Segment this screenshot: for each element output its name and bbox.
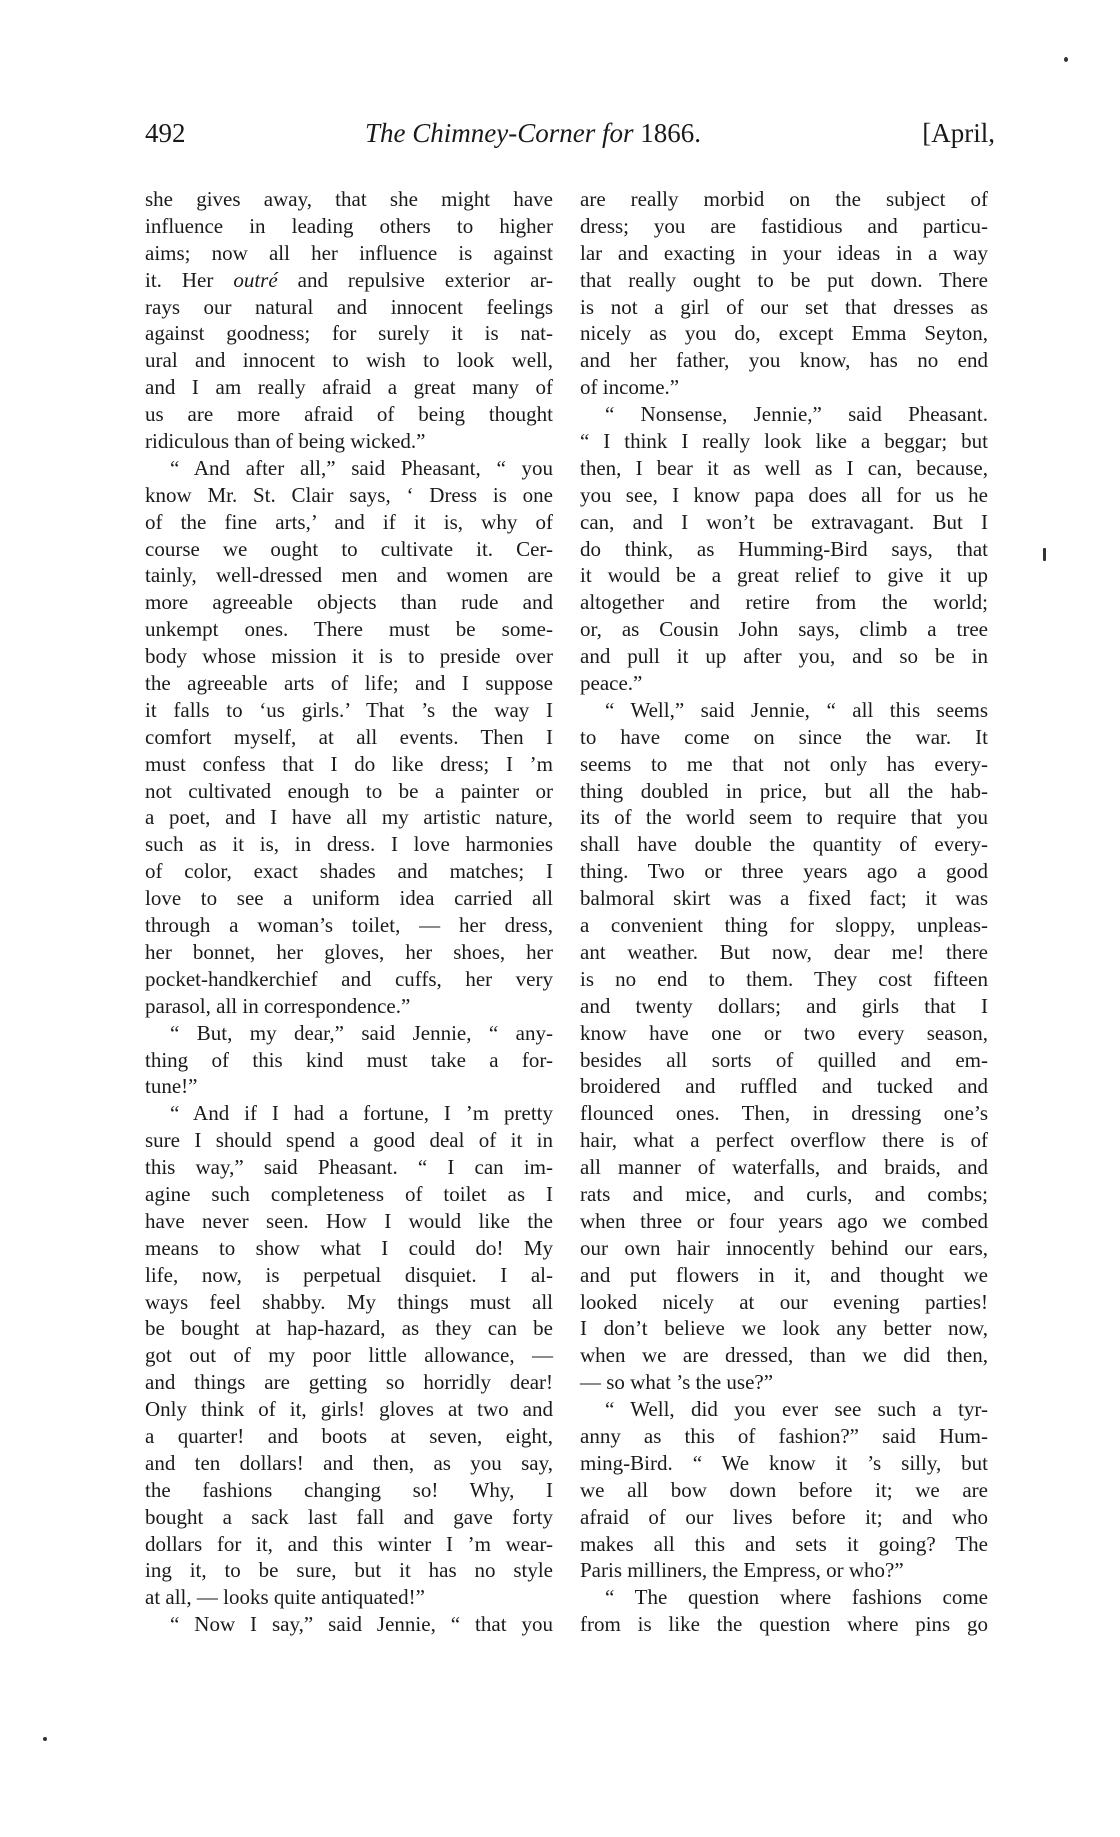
text-line: “ Well,” said Jennie, “ all this seems bbox=[580, 697, 988, 724]
text-line: thing of this kind must take a for- bbox=[145, 1047, 553, 1074]
text-line: “ Well, did you ever see such a tyr- bbox=[580, 1396, 988, 1423]
text-line: and I am really afraid a great many of bbox=[145, 374, 553, 401]
text-line: comfort myself, at all events. Then I bbox=[145, 724, 553, 751]
text-line: and twenty dollars; and girls that I bbox=[580, 993, 988, 1020]
text-line: ming-Bird. “ We know it ’s silly, but bbox=[580, 1450, 988, 1477]
text-line: “ And if I had a fortune, I ’m pretty bbox=[145, 1100, 553, 1127]
text-line: and put flowers in it, and thought we bbox=[580, 1262, 988, 1289]
text-line: can, and I won’t be extravagant. But I bbox=[580, 509, 988, 536]
text-line: life, now, is perpetual disquiet. I al- bbox=[145, 1262, 553, 1289]
text-line: looked nicely at our evening parties! bbox=[580, 1289, 988, 1316]
text-line: besides all sorts of quilled and em- bbox=[580, 1047, 988, 1074]
text-line: is no end to them. They cost fifteen bbox=[580, 966, 988, 993]
text-line: the agreeable arts of life; and I suppos… bbox=[145, 670, 553, 697]
text-line: a convenient thing for sloppy, unpleas- bbox=[580, 912, 988, 939]
text-line: pocket-handkerchief and cuffs, her very bbox=[145, 966, 553, 993]
right-column: are really morbid on the subject ofdress… bbox=[580, 186, 988, 1638]
text-line: its of the world seem to require that yo… bbox=[580, 804, 988, 831]
text-line: her bonnet, her gloves, her shoes, her bbox=[145, 939, 553, 966]
text-line: Only think of it, girls! gloves at two a… bbox=[145, 1396, 553, 1423]
text-line: tune!” bbox=[145, 1073, 553, 1100]
text-line: nicely as you do, except Emma Seyton, bbox=[580, 320, 988, 347]
text-line: lar and exacting in your ideas in a way bbox=[580, 240, 988, 267]
text-line: “ Nonsense, Jennie,” said Pheasant. bbox=[580, 401, 988, 428]
text-line: ridiculous than of being wicked.” bbox=[145, 428, 553, 455]
text-line: shall have double the quantity of every- bbox=[580, 831, 988, 858]
text-line: then, I bear it as well as I can, becaus… bbox=[580, 455, 988, 482]
text-line: makes all this and sets it going? The bbox=[580, 1531, 988, 1558]
text-line: thing doubled in price, but all the hab- bbox=[580, 778, 988, 805]
text-line: of the fine arts,’ and if it is, why of bbox=[145, 509, 553, 536]
text-line: our own hair innocently behind our ears, bbox=[580, 1235, 988, 1262]
text-line: rays our natural and innocent feelings bbox=[145, 294, 553, 321]
scan-speck bbox=[43, 1737, 47, 1741]
text-line: unkempt ones. There must be some- bbox=[145, 616, 553, 643]
running-title: The Chimney-Corner for 1866. bbox=[365, 118, 701, 149]
text-line: be bought at hap-hazard, as they can be bbox=[145, 1315, 553, 1342]
text-line: “ But, my dear,” said Jennie, “ any- bbox=[145, 1020, 553, 1047]
text-line: of income.” bbox=[580, 374, 988, 401]
text-line: and her father, you know, has no end bbox=[580, 347, 988, 374]
running-title-italic: The Chimney-Corner for bbox=[365, 118, 633, 148]
text-line: thing. Two or three years ago a good bbox=[580, 858, 988, 885]
text-line: seems to me that not only has every- bbox=[580, 751, 988, 778]
text-line: I don’t believe we look any better now, bbox=[580, 1315, 988, 1342]
text-line: dress; you are fastidious and particu- bbox=[580, 213, 988, 240]
text-line: Paris milliners, the Empress, or who?” bbox=[580, 1557, 988, 1584]
text-line: bought a sack last fall and gave forty bbox=[145, 1504, 553, 1531]
text-line: know have one or two every season, bbox=[580, 1020, 988, 1047]
text-line: of color, exact shades and matches; I bbox=[145, 858, 553, 885]
text-line: broidered and ruffled and tucked and bbox=[580, 1073, 988, 1100]
text-line: afraid of our lives before it; and who bbox=[580, 1504, 988, 1531]
text-line: when three or four years ago we combed bbox=[580, 1208, 988, 1235]
text-line: have never seen. How I would like the bbox=[145, 1208, 553, 1235]
text-line: — so what ’s the use?” bbox=[580, 1369, 988, 1396]
text-line: that really ought to be put down. There bbox=[580, 267, 988, 294]
text-line: altogether and retire from the world; bbox=[580, 589, 988, 616]
issue-month: [April, bbox=[922, 118, 995, 149]
text-line: a quarter! and boots at seven, eight, bbox=[145, 1423, 553, 1450]
text-line: to have come on since the war. It bbox=[580, 724, 988, 751]
text-line: sure I should spend a good deal of it in bbox=[145, 1127, 553, 1154]
text-line: against goodness; for surely it is nat- bbox=[145, 320, 553, 347]
text-line: influence in leading others to higher bbox=[145, 213, 553, 240]
text-line: dollars for it, and this winter I ’m wea… bbox=[145, 1531, 553, 1558]
text-line: this way,” said Pheasant. “ I can im- bbox=[145, 1154, 553, 1181]
text-line: means to show what I could do! My bbox=[145, 1235, 553, 1262]
text-line: not cultivated enough to be a painter or bbox=[145, 778, 553, 805]
text-line: anny as this of fashion?” said Hum- bbox=[580, 1423, 988, 1450]
italic-word: outré bbox=[233, 268, 277, 292]
text-line: balmoral skirt was a fixed fact; it was bbox=[580, 885, 988, 912]
text-line: ant weather. But now, dear me! there bbox=[580, 939, 988, 966]
text-line: when we are dressed, than we did then, bbox=[580, 1342, 988, 1369]
text-line: love to see a uniform idea carried all bbox=[145, 885, 553, 912]
text-line: “ Now I say,” said Jennie, “ that you bbox=[145, 1611, 553, 1638]
text-line: must confess that I do like dress; I ’m bbox=[145, 751, 553, 778]
page-number: 492 bbox=[145, 118, 186, 149]
running-header: 492 The Chimney-Corner for 1866. [April, bbox=[145, 118, 995, 158]
scan-speck bbox=[1064, 57, 1068, 62]
text-line: know Mr. St. Clair says, ‘ Dress is one bbox=[145, 482, 553, 509]
text-line: are really morbid on the subject of bbox=[580, 186, 988, 213]
text-line: got out of my poor little allowance, — bbox=[145, 1342, 553, 1369]
left-column: she gives away, that she might haveinflu… bbox=[145, 186, 553, 1638]
text-line: the fashions changing so! Why, I bbox=[145, 1477, 553, 1504]
text-line: she gives away, that she might have bbox=[145, 186, 553, 213]
text-line: body whose mission it is to preside over bbox=[145, 643, 553, 670]
text-line: hair, what a perfect overflow there is o… bbox=[580, 1127, 988, 1154]
text-line: through a woman’s toilet, — her dress, bbox=[145, 912, 553, 939]
text-line: ways feel shabby. My things must all bbox=[145, 1289, 553, 1316]
text-line: it falls to ‘us girls.’ That ’s the way … bbox=[145, 697, 553, 724]
text-line: “ I think I really look like a beggar; b… bbox=[580, 428, 988, 455]
text-line: we all bow down before it; we are bbox=[580, 1477, 988, 1504]
text-line: parasol, all in correspondence.” bbox=[145, 993, 553, 1020]
text-line: “ And after all,” said Pheasant, “ you bbox=[145, 455, 553, 482]
text-line: rats and mice, and curls, and combs; bbox=[580, 1181, 988, 1208]
text-line: or, as Cousin John says, climb a tree bbox=[580, 616, 988, 643]
text-line: course we ought to cultivate it. Cer- bbox=[145, 536, 553, 563]
text-line: is not a girl of our set that dresses as bbox=[580, 294, 988, 321]
text-line: it. Her outré and repulsive exterior ar- bbox=[145, 267, 553, 294]
scan-speck bbox=[1043, 548, 1046, 561]
text-line: agine such completeness of toilet as I bbox=[145, 1181, 553, 1208]
text-line: tainly, well-dressed men and women are bbox=[145, 562, 553, 589]
text-line: at all, — looks quite antiquated!” bbox=[145, 1584, 553, 1611]
text-line: “ The question where fashions come bbox=[580, 1584, 988, 1611]
text-line: from is like the question where pins go bbox=[580, 1611, 988, 1638]
text-line: and things are getting so horridly dear! bbox=[145, 1369, 553, 1396]
text-line: all manner of waterfalls, and braids, an… bbox=[580, 1154, 988, 1181]
text-line: such as it is, in dress. I love harmonie… bbox=[145, 831, 553, 858]
text-line: flounced ones. Then, in dressing one’s bbox=[580, 1100, 988, 1127]
text-line: a poet, and I have all my artistic natur… bbox=[145, 804, 553, 831]
text-line: ural and innocent to wish to look well, bbox=[145, 347, 553, 374]
text-line: do think, as Humming-Bird says, that bbox=[580, 536, 988, 563]
text-line: and ten dollars! and then, as you say, bbox=[145, 1450, 553, 1477]
running-title-year: 1866. bbox=[640, 118, 701, 148]
text-line: ing it, to be sure, but it has no style bbox=[145, 1557, 553, 1584]
text-line: it would be a great relief to give it up bbox=[580, 562, 988, 589]
text-line: you see, I know papa does all for us he bbox=[580, 482, 988, 509]
text-line: us are more afraid of being thought bbox=[145, 401, 553, 428]
text-line: peace.” bbox=[580, 670, 988, 697]
text-line: aims; now all her influence is against bbox=[145, 240, 553, 267]
text-line: more agreeable objects than rude and bbox=[145, 589, 553, 616]
text-line: and pull it up after you, and so be in bbox=[580, 643, 988, 670]
